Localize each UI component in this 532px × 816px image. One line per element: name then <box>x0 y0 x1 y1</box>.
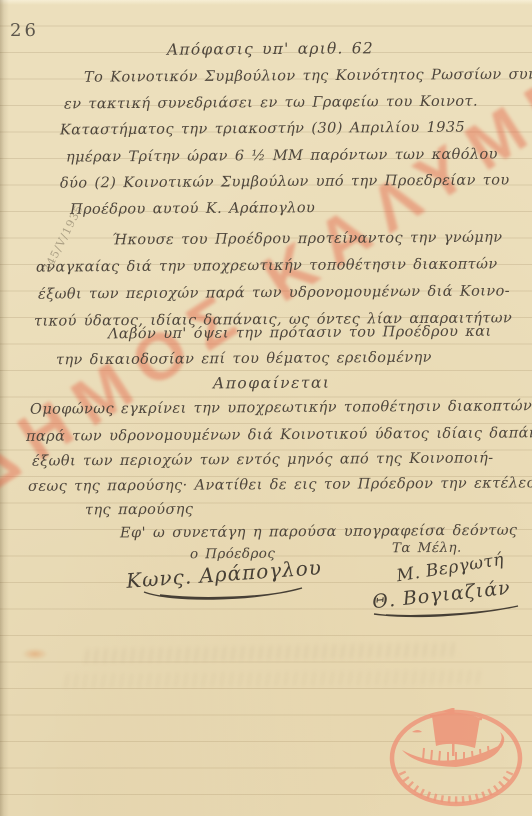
body-line: Το Κοινοτικόν Συμβούλιον της Κοινότητος … <box>84 66 532 85</box>
verdict-line: της παρούσης <box>85 502 193 519</box>
page-number: 26 <box>10 20 39 41</box>
ink-smudge <box>22 648 48 660</box>
body-line: την δικαιοδοσίαν επί του θέματος ερειδομ… <box>56 350 432 369</box>
ship-emblem-stamp <box>386 698 526 814</box>
verdict-line: έξωθι των περιοχών των εντός μηνός από τ… <box>32 450 494 469</box>
body-line: Λαβόν υπ' όψει την πρότασιν του Προέδρου… <box>108 324 492 343</box>
members-label: Τα Μέλη. <box>392 540 462 556</box>
body-line: αναγκαίας διά την υποχρεωτικήν τοποθέτησ… <box>36 256 498 275</box>
body-line: Προέδρου αυτού Κ. Αράπογλου <box>70 200 315 218</box>
ship-prow-bird <box>412 730 422 733</box>
body-line: Ήκουσε του Προέδρου προτείναντος την γνώ… <box>112 230 503 249</box>
bleed-through-marks <box>60 670 480 688</box>
member-signature-2: Θ. Βογιαζιάν <box>371 577 511 613</box>
scanned-document-page: ΔΗΜΟΣ ΚΑΛΥΜΝΙΩΝ 26 345/V/1935 Απόφασις υ… <box>0 0 532 816</box>
decision-title: Απόφασις υπ' αριθ. 62 <box>167 39 374 58</box>
body-line: Καταστήματος την τριακοστήν (30) Απριλίο… <box>60 120 465 139</box>
verdict-line: σεως της παρούσης· Ανατίθει δε εις τον Π… <box>28 475 532 495</box>
verdict-heading: Αποφαίνεται <box>213 374 331 393</box>
body-line: δύο (2) Κοινοτικών Συμβούλων υπό την Προ… <box>60 172 510 191</box>
body-line: ημέραν Τρίτην ώραν 6 ½ ΜΜ παρόντων των κ… <box>66 146 498 165</box>
verdict-line: παρά των υδρονομουμένων διά Κοινοτικού ύ… <box>26 425 532 445</box>
body-line: εν τακτική συνεδριάσει εν τω Γραφείω του… <box>64 94 478 113</box>
verdict-line: Ομοφώνως εγκρίνει την υποχρεωτικήν τοποθ… <box>30 398 532 418</box>
body-line: έξωθι των περιοχών παρά των υδρονομουμέν… <box>38 283 510 302</box>
ship-stern-curl <box>498 732 504 748</box>
closing-line: Εφ' ω συνετάγη η παρούσα υπογραφείσα δεό… <box>120 523 518 542</box>
bleed-through-marks <box>80 643 460 664</box>
